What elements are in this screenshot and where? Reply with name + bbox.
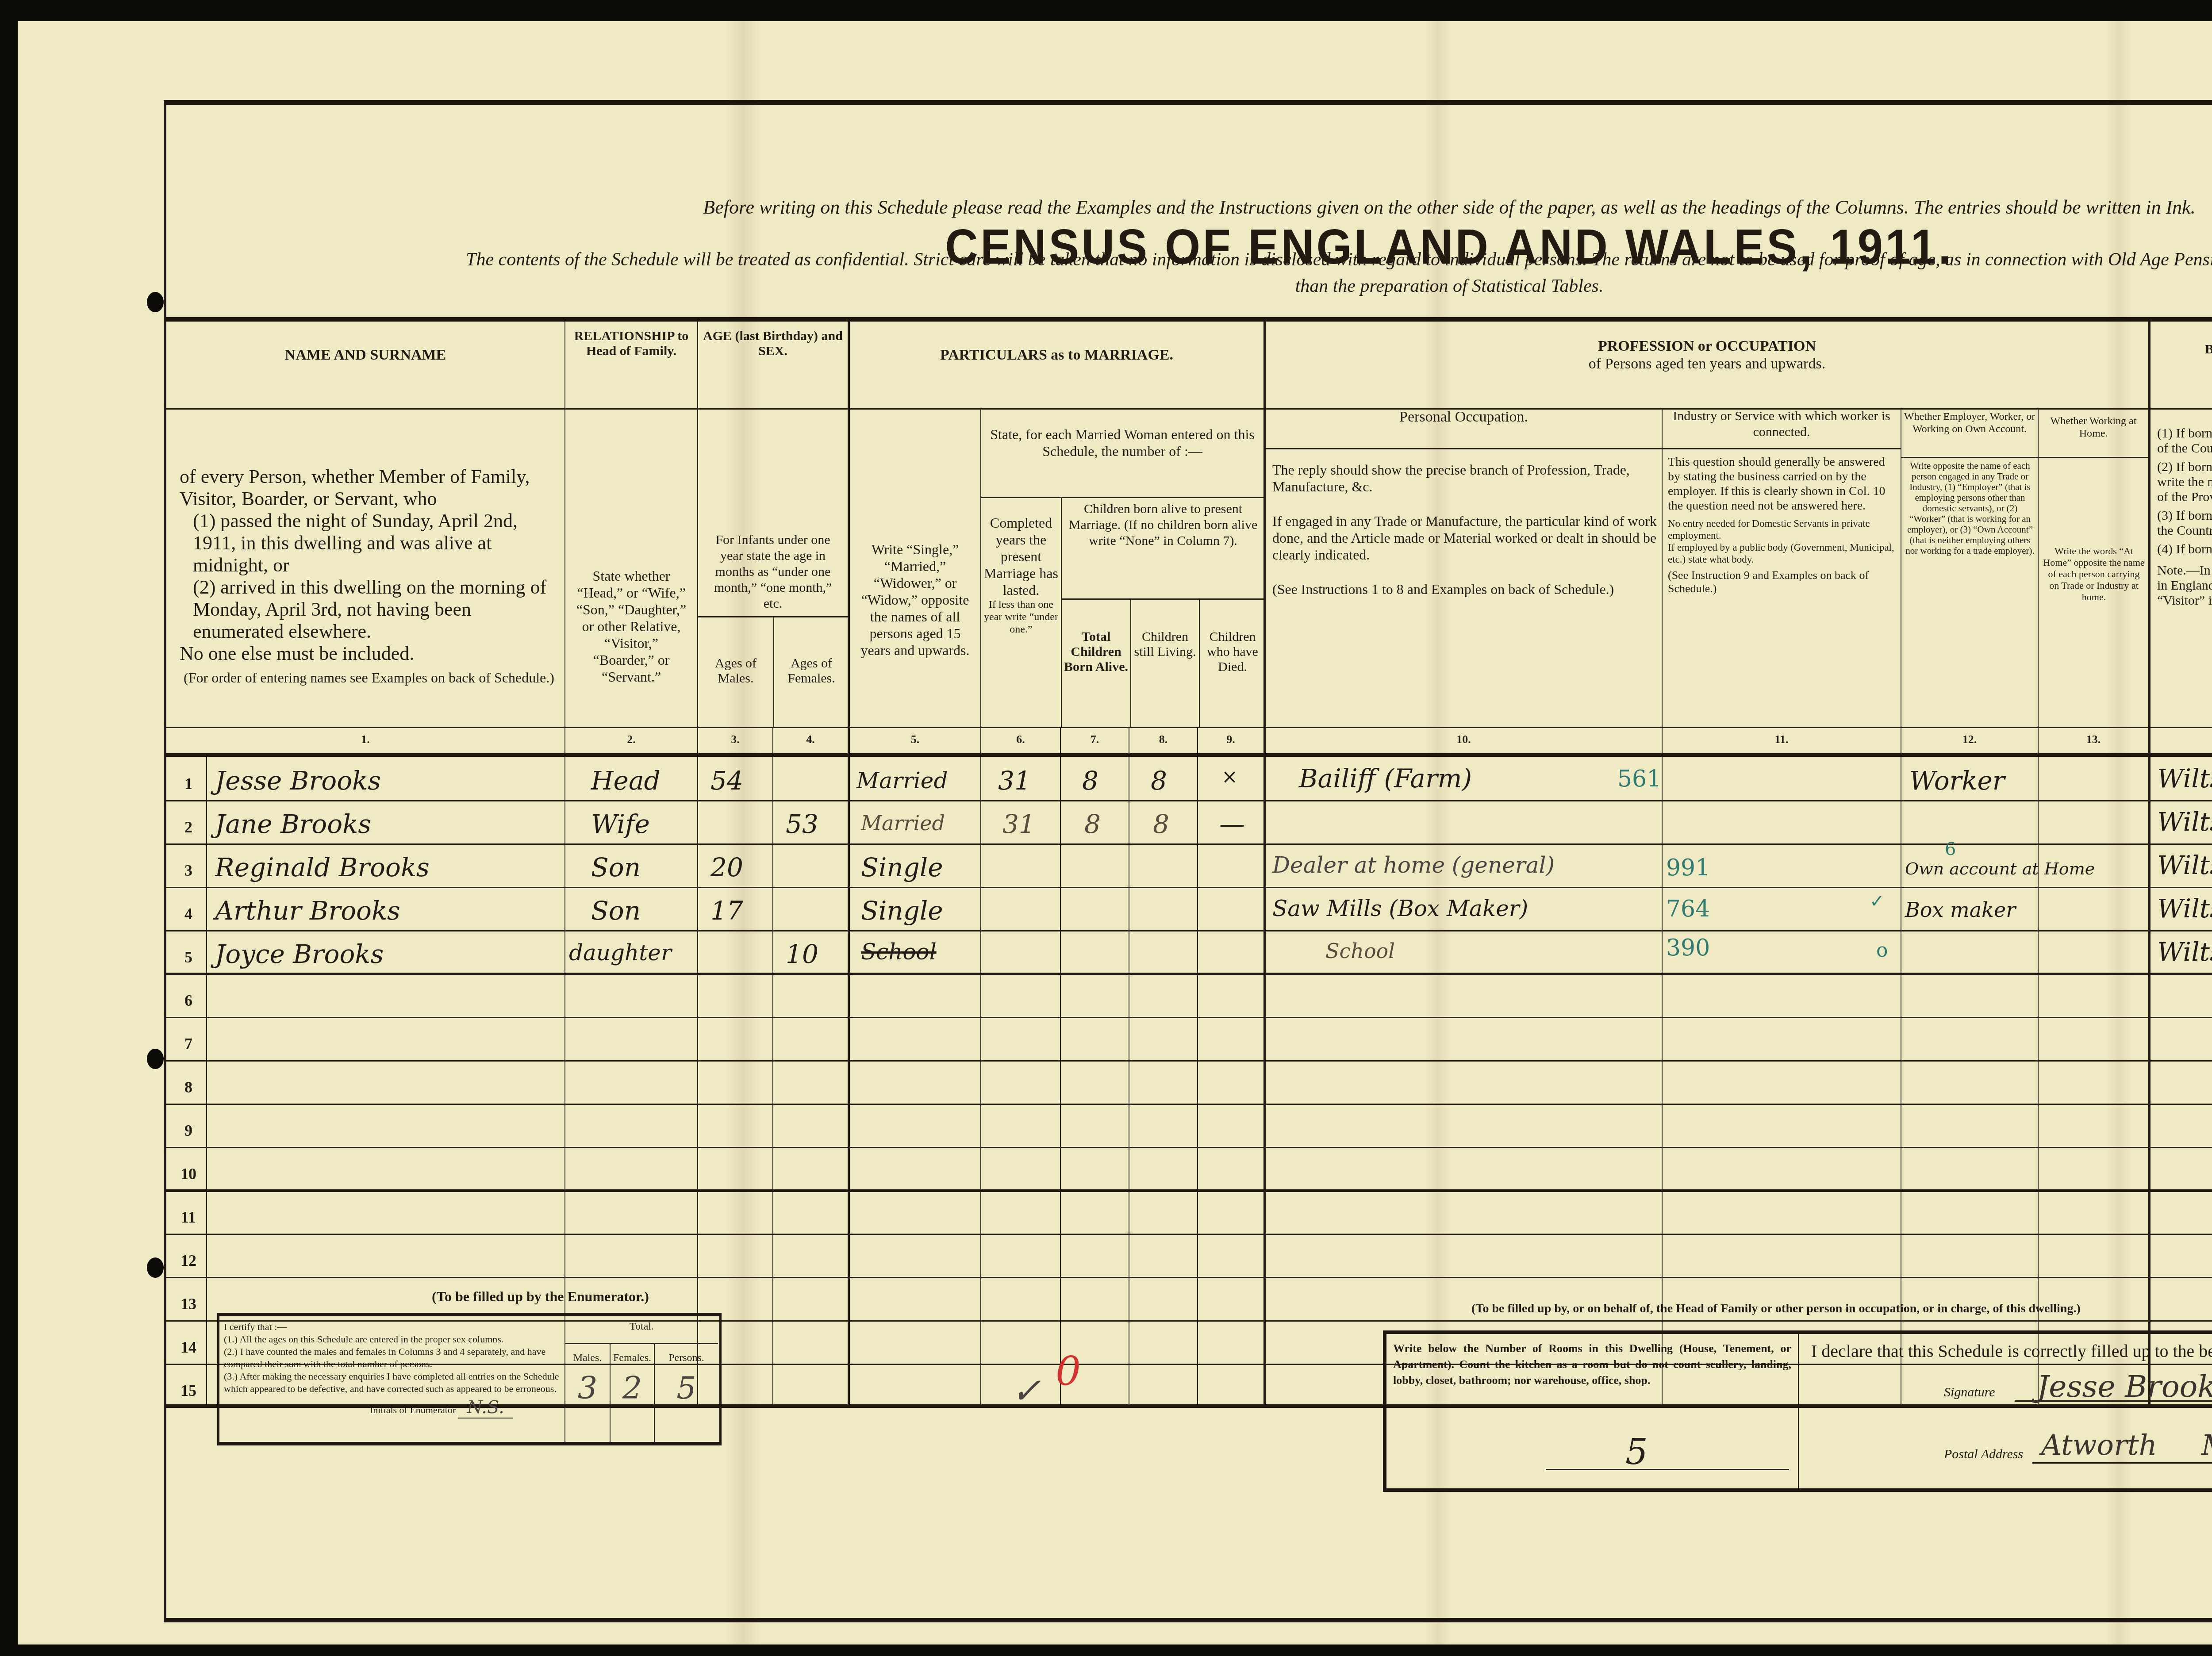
header-marriage: PARTICULARS as to MARRIAGE. bbox=[848, 320, 1263, 408]
ages-males-label: Ages of Males. bbox=[698, 616, 773, 727]
age-male-cell[interactable]: 17 bbox=[710, 896, 743, 926]
name-cell[interactable]: Jane Brooks bbox=[215, 809, 371, 839]
home-block: Whether Working at Home. Write the words… bbox=[2038, 408, 2148, 727]
condition-cell[interactable]: Married bbox=[861, 811, 945, 835]
ages-females-label: Ages of Females. bbox=[773, 616, 848, 727]
relationship-cell[interactable]: Wife bbox=[591, 809, 650, 839]
employer-code: 6 bbox=[1945, 839, 1956, 859]
totals-table: Total. Males. 3 Females. 2 Persons. 5 bbox=[565, 1316, 718, 1442]
row-number: 8 bbox=[171, 1078, 206, 1096]
personal-occupation-block: Personal Occupation. The reply should sh… bbox=[1263, 408, 1662, 727]
rooms-block: Write below the Number of Rooms in this … bbox=[1386, 1334, 1799, 1488]
confidential-line-2: than the preparation of Statistical Tabl… bbox=[166, 276, 2212, 297]
age-female-cell[interactable]: 10 bbox=[786, 939, 818, 969]
name-cell[interactable]: Arthur Brooks bbox=[215, 896, 400, 926]
check-mark: ✓ bbox=[1011, 1370, 1041, 1411]
occupation-code: 561 bbox=[1617, 766, 1661, 792]
years-married-cell[interactable]: 31 bbox=[1002, 809, 1035, 839]
punch-hole bbox=[147, 292, 164, 312]
row-number: 15 bbox=[171, 1381, 206, 1400]
employer-cell[interactable]: Worker bbox=[1909, 766, 2005, 796]
table-row: 5 Joyce Brooks daughter 10 School School… bbox=[166, 930, 2212, 974]
occupation-cell[interactable]: School bbox=[1325, 939, 1395, 963]
total-females[interactable]: 2 bbox=[611, 1382, 654, 1394]
occupation-cell[interactable]: Saw Mills (Box Maker) bbox=[1272, 896, 1528, 921]
relationship-instructions: State whether “Head,” or “Wife,” “Son,” … bbox=[565, 408, 697, 727]
children-living-label: Children still Living. bbox=[1130, 598, 1199, 727]
name-instructions: of every Person, whether Member of Famil… bbox=[166, 408, 565, 727]
enumerator-initials[interactable]: N.S. bbox=[458, 1397, 513, 1418]
top-border bbox=[164, 100, 2212, 105]
table-row: 2 Jane Brooks Wife 53 Married 31 8 8 — W… bbox=[166, 800, 2212, 843]
row-number: 10 bbox=[171, 1165, 206, 1183]
relationship-cell[interactable]: daughter bbox=[569, 940, 672, 966]
dwelling-box: Write below the Number of Rooms in this … bbox=[1383, 1330, 2212, 1492]
industry-mark: o bbox=[1876, 939, 1888, 962]
row-number: 2 bbox=[171, 818, 206, 836]
row-number: 14 bbox=[171, 1338, 206, 1357]
name-cell[interactable]: Reginald Brooks bbox=[215, 852, 430, 882]
total-persons[interactable]: 5 bbox=[655, 1382, 718, 1394]
relationship-cell[interactable]: Son bbox=[591, 852, 641, 882]
signature[interactable]: Jesse Brooks bbox=[2037, 1369, 2212, 1404]
birthplace-cell[interactable]: Wilts Marston bbox=[2157, 850, 2212, 880]
row-number: 5 bbox=[171, 948, 206, 966]
birthplace-instructions: (1) If born in the United Kingdom, write… bbox=[2148, 408, 2212, 727]
industry-label: Industry or Service with which worker is… bbox=[1663, 408, 1901, 448]
row-number: 7 bbox=[171, 1035, 206, 1053]
years-married-cell[interactable]: 31 bbox=[998, 766, 1031, 796]
row-number: 1 bbox=[171, 774, 206, 793]
row-number: 4 bbox=[171, 905, 206, 923]
header-instructions: of every Person, whether Member of Famil… bbox=[166, 408, 2212, 727]
age-instructions: For Infants under one year state the age… bbox=[697, 408, 848, 727]
table-row: 3 Reginald Brooks Son 20 Single Dealer a… bbox=[166, 843, 2212, 887]
bottom-border bbox=[164, 1618, 2212, 1622]
name-cell[interactable]: Joyce Brooks bbox=[215, 939, 384, 969]
condition-instructions: Write “Single,” “Married,” “Widower,” or… bbox=[848, 408, 980, 727]
table-row: 1 Jesse Brooks Head 54 Married 31 8 8 × … bbox=[166, 757, 2212, 800]
name-cell[interactable]: Jesse Brooks bbox=[215, 766, 381, 796]
occupation-cell[interactable]: Bailiff (Farm) bbox=[1299, 763, 1472, 793]
row-number: 13 bbox=[171, 1295, 206, 1313]
enumerator-certificate: I certify that :— (1.) All the ages on t… bbox=[217, 1313, 722, 1445]
column-numbers-row: 1. 2. 3. 4. 5. 6. 7. 8. 9. 10. 11. 12. 1… bbox=[166, 727, 2212, 753]
employer-cell[interactable]: Own account at Home bbox=[1905, 859, 2095, 878]
total-children-cell[interactable]: 8 bbox=[1082, 766, 1098, 796]
age-male-cell[interactable]: 54 bbox=[710, 766, 743, 796]
occupation-code: 764 bbox=[1666, 896, 1710, 922]
total-children-label: Total Children Born Alive. bbox=[1062, 598, 1130, 727]
birthplace-cell[interactable]: Wilts Atworth bbox=[2157, 937, 2212, 967]
header-relationship: RELATIONSHIP to Head of Family. bbox=[565, 320, 697, 408]
row-number: 3 bbox=[171, 861, 206, 880]
married-woman-block: State, for each Married Woman entered on… bbox=[980, 408, 1263, 727]
declaration: I declare that this Schedule is correctl… bbox=[1811, 1341, 2212, 1361]
confidential-line: The contents of the Schedule will be tre… bbox=[166, 249, 2212, 270]
children-living-cell[interactable]: 8 bbox=[1153, 809, 1169, 839]
postal-address[interactable]: Atworth Melksham bbox=[2041, 1429, 2212, 1462]
header-birthplace: BIRTHPLACE of every person. bbox=[2148, 320, 2212, 408]
head-section-title: (To be filled up by, or on behalf of, th… bbox=[1471, 1302, 2081, 1316]
age-male-cell[interactable]: 20 bbox=[710, 852, 743, 882]
occupation-cell[interactable]: Dealer at home (general) bbox=[1272, 852, 1555, 878]
header-name: NAME AND SURNAME bbox=[166, 320, 565, 408]
row-number: 6 bbox=[171, 991, 206, 1010]
condition-cell[interactable]: Single bbox=[861, 896, 943, 926]
header-row: NAME AND SURNAME RELATIONSHIP to Head of… bbox=[166, 320, 2212, 408]
occupation-code: 390 bbox=[1666, 935, 1710, 961]
total-children-cell[interactable]: 8 bbox=[1084, 809, 1101, 839]
header-age: AGE (last Birthday) and SEX. bbox=[697, 320, 848, 408]
birthplace-cell[interactable]: Wilts Bulkington bbox=[2157, 807, 2212, 837]
signature-label: Signature bbox=[1944, 1385, 1995, 1400]
children-block: Children born alive to present Marriage.… bbox=[1061, 497, 1263, 727]
industry-block: Industry or Service with which worker is… bbox=[1662, 408, 1901, 727]
postal-address-label: Postal Address bbox=[1944, 1447, 2023, 1462]
census-schedule-page: CENSUS OF ENGLAND AND WALES, 1911. Befor… bbox=[18, 21, 2212, 1644]
header-occupation-subtitle: of Persons aged ten years and upwards. bbox=[1266, 355, 2148, 373]
row-number: 12 bbox=[171, 1251, 206, 1270]
condition-cell[interactable]: School bbox=[861, 939, 937, 965]
age-female-cell[interactable]: 53 bbox=[786, 809, 818, 839]
years-married-label: Completed years the present Marriage has… bbox=[981, 497, 1061, 727]
header-occupation: PROFESSION or OCCUPATION of Persons aged… bbox=[1263, 320, 2148, 408]
red-mark: 0 bbox=[1056, 1348, 1081, 1395]
children-died-cell[interactable]: — bbox=[1219, 809, 1245, 839]
initials-label: Initials of Enumerator bbox=[370, 1404, 456, 1415]
condition-cell[interactable]: Single bbox=[861, 852, 943, 882]
children-living-cell[interactable]: 8 bbox=[1151, 766, 1167, 796]
home-label: Whether Working at Home. bbox=[2039, 408, 2148, 457]
enumerator-section-title: (To be filled up by the Enumerator.) bbox=[432, 1288, 649, 1305]
relationship-cell[interactable]: Son bbox=[591, 896, 641, 926]
condition-cell[interactable]: Married bbox=[856, 768, 948, 793]
children-died-label: Children who have Died. bbox=[1199, 598, 1263, 727]
employer-block: Whether Employer, Worker, or Working on … bbox=[1901, 408, 2038, 727]
header-occupation-title: PROFESSION or OCCUPATION bbox=[1266, 337, 2148, 355]
row-number: 9 bbox=[171, 1121, 206, 1140]
schedule-frame: CENSUS OF ENGLAND AND WALES, 1911. Befor… bbox=[164, 105, 2212, 1622]
birthplace-cell[interactable]: Wilts Atworth bbox=[2157, 893, 2212, 924]
birthplace-cell[interactable]: Wilts Marston bbox=[2157, 763, 2212, 793]
employer-label: Whether Employer, Worker, or Working on … bbox=[1901, 408, 2038, 457]
occupation-code: 991 bbox=[1666, 855, 1710, 881]
employer-cell[interactable]: Box maker bbox=[1905, 898, 2016, 922]
row-number: 11 bbox=[171, 1208, 206, 1227]
table-row: 4 Arthur Brooks Son 17 Single Saw Mills … bbox=[166, 887, 2212, 930]
punch-hole bbox=[147, 1049, 164, 1069]
instruction-line: Before writing on this Schedule please r… bbox=[166, 196, 2212, 218]
punch-hole bbox=[147, 1257, 164, 1278]
personal-occupation-label: Personal Occupation. bbox=[1266, 408, 1662, 448]
rooms-instruction: Write below the Number of Rooms in this … bbox=[1393, 1341, 1791, 1388]
children-died-cell[interactable]: × bbox=[1221, 766, 1238, 788]
relationship-cell[interactable]: Head bbox=[591, 766, 661, 796]
rooms-count[interactable]: 5 bbox=[1625, 1431, 1648, 1472]
total-males[interactable]: 3 bbox=[565, 1382, 610, 1394]
industry-mark: ✓ bbox=[1870, 891, 1885, 912]
